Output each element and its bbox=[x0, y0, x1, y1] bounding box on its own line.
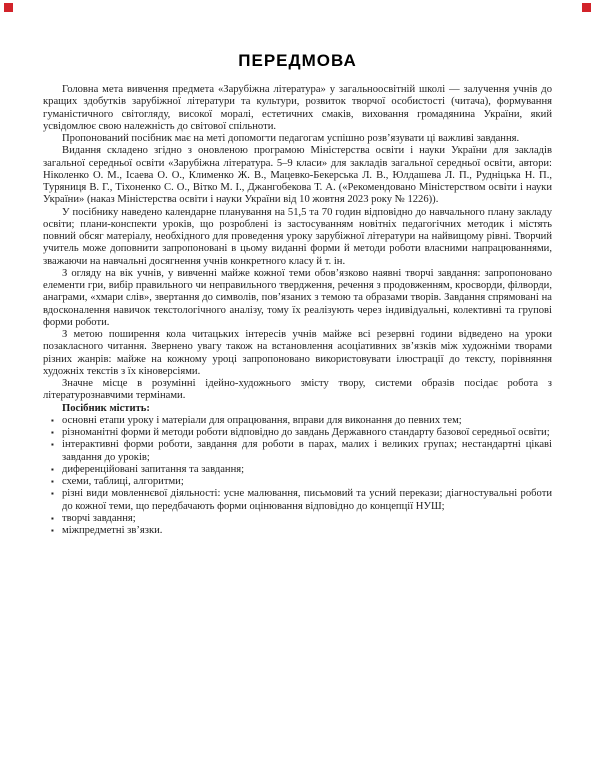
bullet-icon: ▪ bbox=[51, 427, 54, 439]
list-item: ▪ основні етапи уроку і матеріали для оп… bbox=[43, 415, 552, 427]
list-item-text: інтерактивні форми роботи, завдання для … bbox=[62, 439, 552, 462]
book-page: ПЕРЕДМОВА Головна мета вивчення предмета… bbox=[0, 0, 595, 765]
list-item: ▪ міжпредметні зв’язки. bbox=[43, 525, 552, 537]
list-item: ▪ схеми, таблиці, алгоритми; bbox=[43, 476, 552, 488]
bullet-icon: ▪ bbox=[51, 439, 54, 451]
preface-paragraph: З огляду на вік учнів, у вивченні майже … bbox=[43, 268, 552, 329]
list-item-text: різноманітні форми й методи роботи відпо… bbox=[62, 427, 550, 438]
list-item: ▪ різноманітні форми й методи роботи від… bbox=[43, 427, 552, 439]
list-item-text: основні етапи уроку і матеріали для опра… bbox=[62, 415, 462, 426]
bullet-icon: ▪ bbox=[51, 476, 54, 488]
list-item-text: міжпредметні зв’язки. bbox=[62, 525, 162, 536]
preface-paragraph: Видання складено згідно з оновленою прог… bbox=[43, 145, 552, 206]
list-item: ▪ творчі завдання; bbox=[43, 513, 552, 525]
contents-list: ▪ основні етапи уроку і матеріали для оп… bbox=[43, 415, 552, 538]
list-item-text: різні види мовленнєвої діяльності: усне … bbox=[62, 488, 552, 511]
list-item-text: диференційовані запитання та завдання; bbox=[62, 464, 244, 475]
list-item: ▪ різні види мовленнєвої діяльності: усн… bbox=[43, 488, 552, 513]
preface-paragraph: Пропонований посібник має на меті допомо… bbox=[43, 133, 552, 145]
corner-marker-top-left-icon bbox=[4, 3, 13, 12]
preface-paragraph: Головна мета вивчення предмета «Зарубіжн… bbox=[43, 84, 552, 133]
list-item-text: схеми, таблиці, алгоритми; bbox=[62, 476, 184, 487]
bullet-icon: ▪ bbox=[51, 464, 54, 476]
page-title: ПЕРЕДМОВА bbox=[0, 0, 595, 70]
preface-body: Головна мета вивчення предмета «Зарубіжн… bbox=[43, 84, 552, 537]
preface-paragraph: Значне місце в розумінні ідейно-художньо… bbox=[43, 378, 552, 403]
bullet-icon: ▪ bbox=[51, 488, 54, 500]
list-item: ▪ інтерактивні форми роботи, завдання дл… bbox=[43, 439, 552, 464]
bullet-icon: ▪ bbox=[51, 525, 54, 537]
list-item-text: творчі завдання; bbox=[62, 513, 136, 524]
corner-marker-top-right-icon bbox=[582, 3, 591, 12]
list-item: ▪ диференційовані запитання та завдання; bbox=[43, 464, 552, 476]
preface-paragraph: У посібнику наведено календарне плануван… bbox=[43, 207, 552, 268]
preface-paragraph: З метою поширення кола читацьких інтерес… bbox=[43, 329, 552, 378]
bullet-icon: ▪ bbox=[51, 513, 54, 525]
bullet-icon: ▪ bbox=[51, 415, 54, 427]
list-intro: Посібник містить: bbox=[43, 403, 552, 415]
